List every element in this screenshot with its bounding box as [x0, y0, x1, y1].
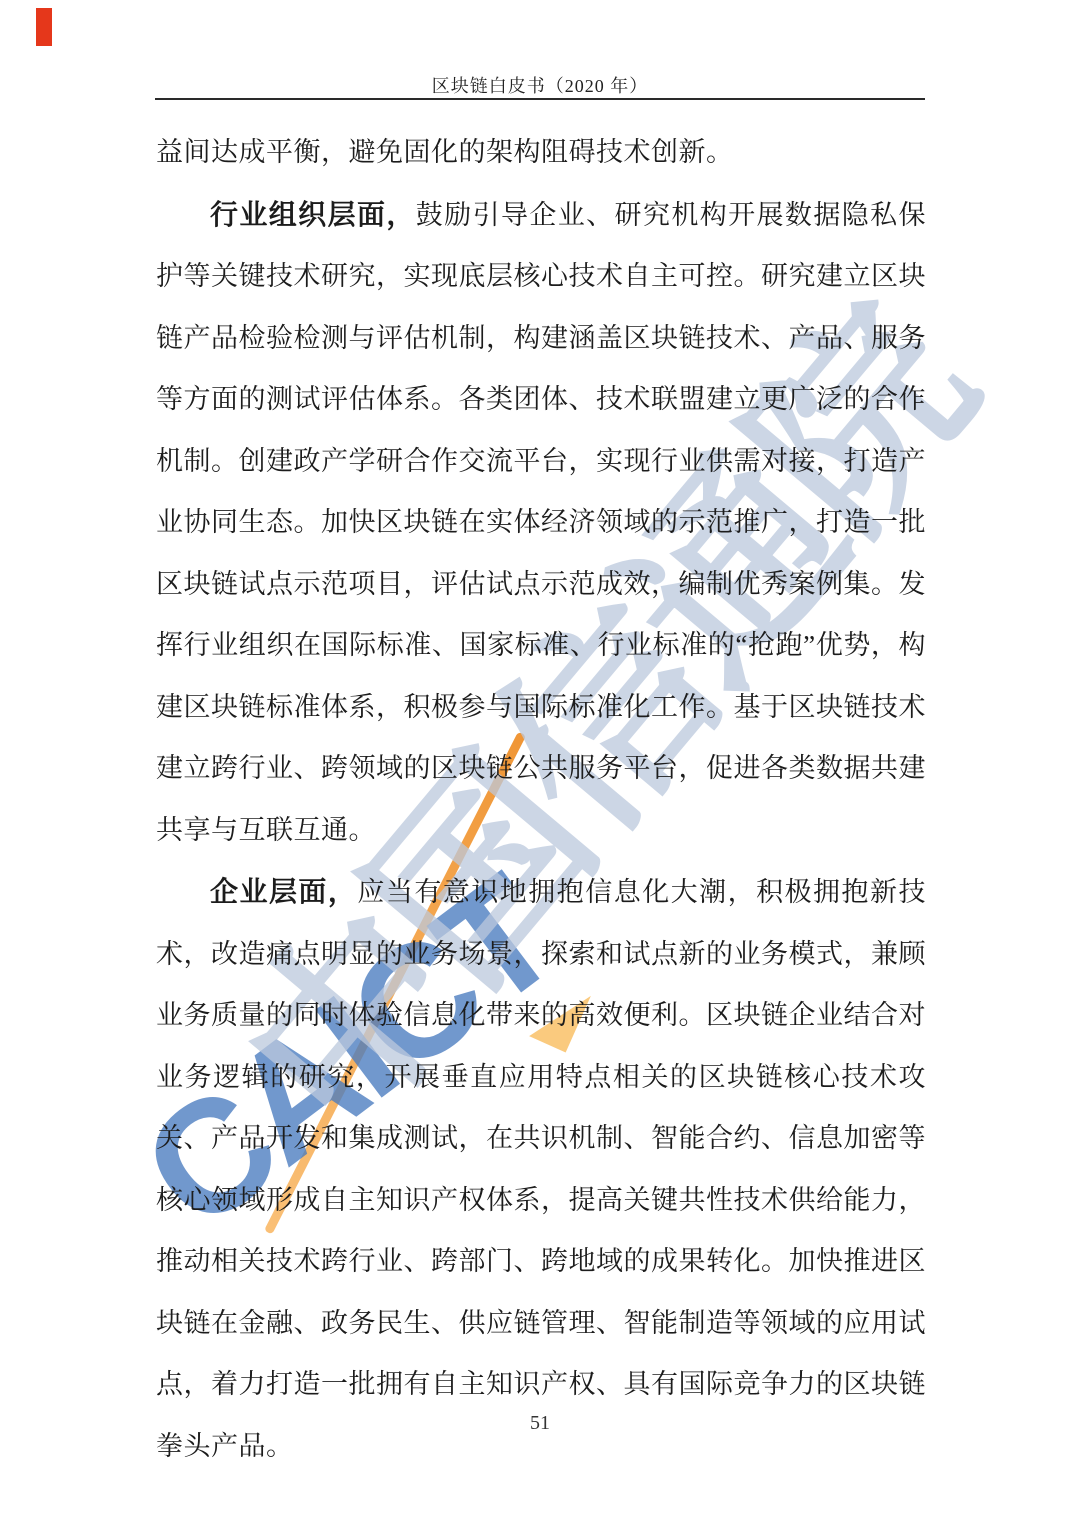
red-corner-mark: [36, 8, 52, 46]
paragraph3-lead: 企业层面，: [210, 876, 357, 907]
page-content: 益间达成平衡，避免固化的架构阻碍技术创新。 行业组织层面，鼓励引导企业、研究机构…: [156, 122, 926, 1477]
paragraph-enterprise: 企业层面，应当有意识地拥抱信息化大潮，积极拥抱新技术，改造痛点明显的业务场景，探…: [156, 861, 926, 1477]
header-rule: [155, 98, 925, 100]
paragraph2-lead: 行业组织层面，: [210, 199, 416, 230]
header-title: 区块链白皮书（2020 年）: [0, 72, 1080, 98]
paragraph-continuation: 益间达成平衡，避免固化的架构阻碍技术创新。: [156, 122, 926, 184]
document-page: 区块链白皮书（2020 年） CAICT 中国信通院 益间达成平衡，避免固化的架…: [0, 0, 1080, 1528]
paragraph1-text: 益间达成平衡，避免固化的架构阻碍技术创新。: [156, 137, 734, 167]
paragraph-industry-organization: 行业组织层面，鼓励引导企业、研究机构开展数据隐私保护等关键技术研究，实现底层核心…: [156, 184, 926, 862]
paragraph2-body: 鼓励引导企业、研究机构开展数据隐私保护等关键技术研究，实现底层核心技术自主可控。…: [156, 200, 926, 845]
page-number: 51: [0, 1412, 1080, 1435]
paragraph3-body: 应当有意识地拥抱信息化大潮，积极拥抱新技术，改造痛点明显的业务场景，探索和试点新…: [156, 877, 926, 1461]
